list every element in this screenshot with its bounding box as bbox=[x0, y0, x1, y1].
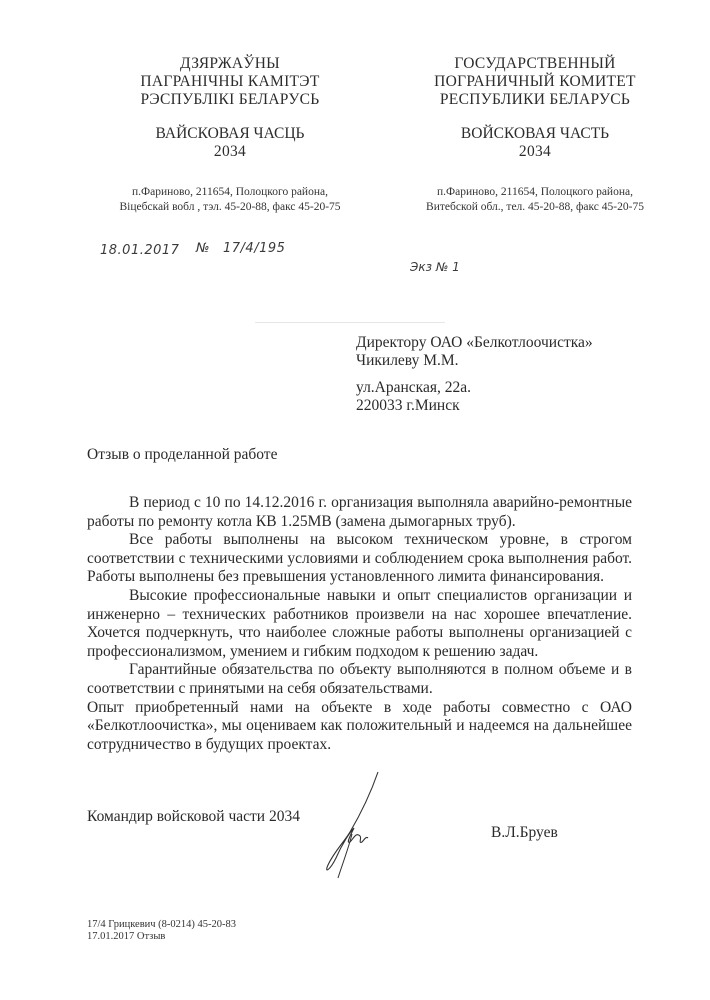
footer-note: 17/4 Грицкевич (8-0214) 45-20-83 17.01.2… bbox=[87, 919, 236, 943]
address-line: Віцебскай вобл , тэл. 45-20-88, факс 45-… bbox=[90, 200, 370, 215]
recipient-block: Директору ОАО «Белкотлоочистка» Чикилеву… bbox=[356, 334, 593, 415]
org-name-line: ДЗЯРЖАЎНЫ bbox=[90, 55, 370, 73]
registration-number: 17/4/195 bbox=[223, 241, 285, 256]
paragraph: В период с 10 по 14.12.2016 г. организац… bbox=[87, 494, 632, 531]
org-name-line: РЭСПУБЛІКІ БЕЛАРУСЬ bbox=[90, 91, 370, 109]
recipient-title: Директору ОАО «Белкотлоочистка» bbox=[356, 334, 593, 352]
subject: Отзыв о проделанной работе bbox=[87, 446, 277, 464]
paragraph: Все работы выполнены на высоком техничес… bbox=[87, 531, 632, 587]
paragraph: Высокие профессиональные навыки и опыт с… bbox=[87, 587, 632, 661]
unit-number: 2034 bbox=[395, 143, 675, 161]
paragraph: Гарантийные обязательства по объекту вып… bbox=[87, 661, 632, 698]
address-line: Витебской обл., тел. 45-20-88, факс 45-2… bbox=[395, 200, 675, 215]
address-line: п.Фариново, 211654, Полоцкого района, bbox=[395, 185, 675, 200]
registration-date: 18.01.2017 bbox=[100, 243, 179, 258]
paragraph: Опыт приобретенный нами на объекте в ход… bbox=[87, 699, 632, 755]
header-left: ДЗЯРЖАЎНЫ ПАГРАНІЧНЫ КАМІТЭТ РЭСПУБЛІКІ … bbox=[90, 55, 370, 215]
registration-number-label: № bbox=[196, 241, 210, 256]
scan-artifact bbox=[255, 322, 445, 323]
recipient-city: 220033 г.Минск bbox=[356, 397, 593, 415]
unit-name: ВОЙСКОВАЯ ЧАСТЬ bbox=[395, 125, 675, 143]
org-name-line: ГОСУДАРСТВЕННЫЙ bbox=[395, 55, 675, 73]
address-line: п.Фариново, 211654, Полоцкого района, bbox=[90, 185, 370, 200]
letter-body: В период с 10 по 14.12.2016 г. организац… bbox=[87, 494, 632, 754]
signature-scribble-icon bbox=[310, 770, 390, 880]
copy-mark: Экз № 1 bbox=[410, 260, 460, 274]
executor-line: 17/4 Грицкевич (8-0214) 45-20-83 bbox=[87, 919, 236, 931]
org-name-line: РЕСПУБЛИКИ БЕЛАРУСЬ bbox=[395, 91, 675, 109]
unit-number: 2034 bbox=[90, 143, 370, 161]
recipient-street: ул.Аранская, 22а. bbox=[356, 379, 593, 397]
org-name-line: ПАГРАНІЧНЫ КАМІТЭТ bbox=[90, 73, 370, 91]
recipient-name: Чикилеву М.М. bbox=[356, 352, 593, 370]
file-line: 17.01.2017 Отзыв bbox=[87, 931, 236, 943]
header-right: ГОСУДАРСТВЕННЫЙ ПОГРАНИЧНЫЙ КОМИТЕТ РЕСП… bbox=[395, 55, 675, 215]
unit-name: ВАЙСКОВАЯ ЧАСЦЬ bbox=[90, 125, 370, 143]
signatory-name: В.Л.Бруев bbox=[491, 824, 558, 842]
signatory-position: Командир войсковой части 2034 bbox=[87, 808, 300, 826]
org-name-line: ПОГРАНИЧНЫЙ КОМИТЕТ bbox=[395, 73, 675, 91]
